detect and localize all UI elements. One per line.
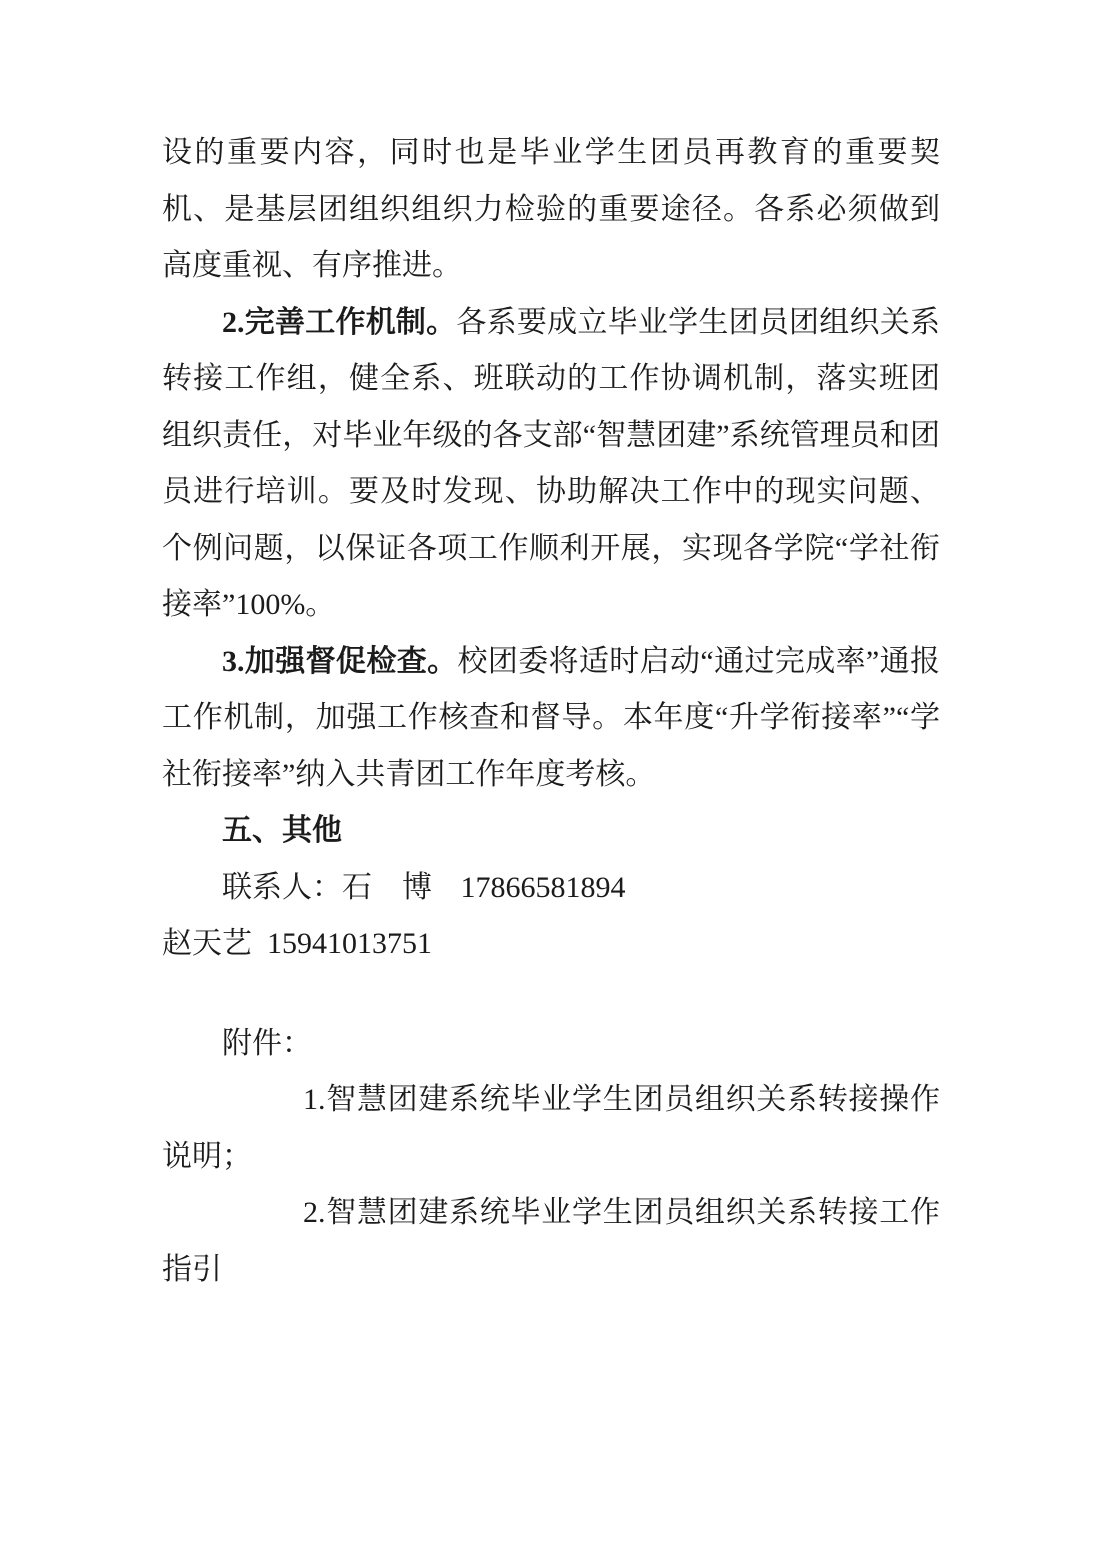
contact-label: 联系人： [222, 871, 342, 904]
paragraph-item2: 2.完善工作机制。各系要成立毕业学生团员团组织关系转接工作组，健全系、班联动的工… [162, 295, 940, 634]
attachments-label: 附件： [162, 1016, 940, 1073]
contact-person2-name: 赵天艺 [162, 927, 252, 960]
contact-person1-name: 石 博 [342, 871, 432, 904]
item3-lead-heading: 3.加强督促检查。 [222, 645, 457, 678]
item2-lead-heading: 2.完善工作机制。 [222, 306, 456, 339]
attachment-item-2: 2.智慧团建系统毕业学生团员组织关系转接工作指引 [162, 1185, 940, 1298]
item2-body-text: 各系要成立毕业学生团员团组织关系转接工作组，健全系、班联动的工作协调机制，落实班… [162, 306, 940, 622]
contact-line-2: 赵天艺15941013751 [162, 916, 940, 973]
section-heading-other: 五、其他 [162, 803, 940, 860]
document-page: 设的重要内容，同时也是毕业学生团员再教育的重要契机、是基层团组织组织力检验的重要… [0, 0, 1102, 1559]
paragraph-item3: 3.加强督促检查。校团委将适时启动“通过完成率”通报工作机制，加强工作核查和督导… [162, 634, 940, 804]
contact-person2-phone: 15941013751 [267, 927, 432, 960]
contact-person1-phone: 17866581894 [461, 871, 626, 904]
paragraph-continuation: 设的重要内容，同时也是毕业学生团员再教育的重要契机、是基层团组织组织力检验的重要… [162, 125, 940, 295]
attachment-item-1: 1.智慧团建系统毕业学生团员组织关系转接操作说明； [162, 1072, 940, 1185]
contact-line-1: 联系人：石 博17866581894 [162, 860, 940, 917]
